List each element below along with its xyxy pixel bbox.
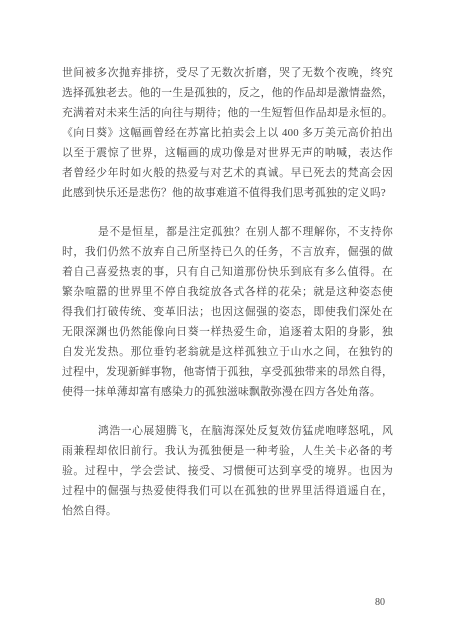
text-line: 以至于震惊了世界，这幅画的成功像是对世界无声的呐喊，表达作 [62, 143, 393, 163]
document-page: 世间被多次抛弃排挤，受尽了无数次折磨，哭了无数个夜晚，终究选择孤独老去。他的一生… [0, 0, 450, 640]
text-line: 验。过程中，学会尝试、接受、习惯便可达到享受的境界。也因为 [62, 461, 393, 481]
page-number: 80 [368, 596, 392, 610]
text-line: 过程中的倔强与热爱使得我们可以在孤独的世界里活得逍遥自在， [62, 481, 393, 501]
paragraph: 世间被多次抛弃排挤，受尽了无数次折磨，哭了无数个夜晚，终究选择孤独老去。他的一生… [62, 63, 393, 203]
text-line: 此感到快乐还是悲伤？他的故事难道不值得我们思考孤独的定义吗? [62, 183, 393, 203]
text-line: 得我们打破传统、变革旧法；也因这倔强的姿态，即使我们深处在 [62, 302, 393, 322]
text-line: 无限深渊也仍然能像向日葵一样热爱生命，追逐着太阳的身影，独 [62, 322, 393, 342]
text-line: 《向日葵》这幅画曾经在苏富比拍卖会上以 400 多万美元高价拍出 [62, 123, 393, 143]
text-line: 者曾经少年时如火般的热爱与对艺术的真诚。早已死去的梵高会因 [62, 163, 393, 183]
text-line: 充满着对未来生活的向往与期待；他的一生短暂但作品却是永恒的。 [62, 103, 393, 123]
text-line: 怡然自得。 [62, 501, 393, 521]
text-line: 繁杂喧嚣的世界里不停自我绽放各式各样的花朵；就是这种姿态使 [62, 282, 393, 302]
text-line: 过程中，发现新鲜事物，他寄情于孤独，享受孤独带来的昂然自得， [62, 362, 393, 382]
text-line: 是不是恒星，都是注定孤独？在别人都不理解你，不支持你 [62, 222, 393, 242]
text-line: 自发光发热。那位垂钓老翁就是这样孤独立于山水之间，在独钓的 [62, 342, 393, 362]
paragraph: 鸿浩一心展翅腾飞，在脑海深处反复效仿猛虎咆哮怒吼，风雨兼程却依旧前行。我认为孤独… [62, 421, 393, 521]
text-line: 使得一抹单薄却富有感染力的孤独滋味飘散弥漫在四方各处角落。 [62, 382, 393, 402]
text-line: 雨兼程却依旧前行。我认为孤独便是一种考验，人生关卡必备的考 [62, 441, 393, 461]
text-line: 鸿浩一心展翅腾飞，在脑海深处反复效仿猛虎咆哮怒吼，风 [62, 421, 393, 441]
page-text: 世间被多次抛弃排挤，受尽了无数次折磨，哭了无数个夜晚，终究选择孤独老去。他的一生… [62, 63, 393, 521]
text-line: 选择孤独老去。他的一生是孤独的，反之，他的作品却是激情盎然， [62, 83, 393, 103]
text-line: 世间被多次抛弃排挤，受尽了无数次折磨，哭了无数个夜晚，终究 [62, 63, 393, 83]
text-line: 着自己喜爱热衷的事，只有自己知道那份快乐到底有多么值得。在 [62, 262, 393, 282]
paragraph: 是不是恒星，都是注定孤独？在别人都不理解你，不支持你时，我们仍然不放弃自己所坚持… [62, 222, 393, 402]
text-line: 时，我们仍然不放弃自己所坚持已久的任务，不言放弃，倔强的做 [62, 242, 393, 262]
